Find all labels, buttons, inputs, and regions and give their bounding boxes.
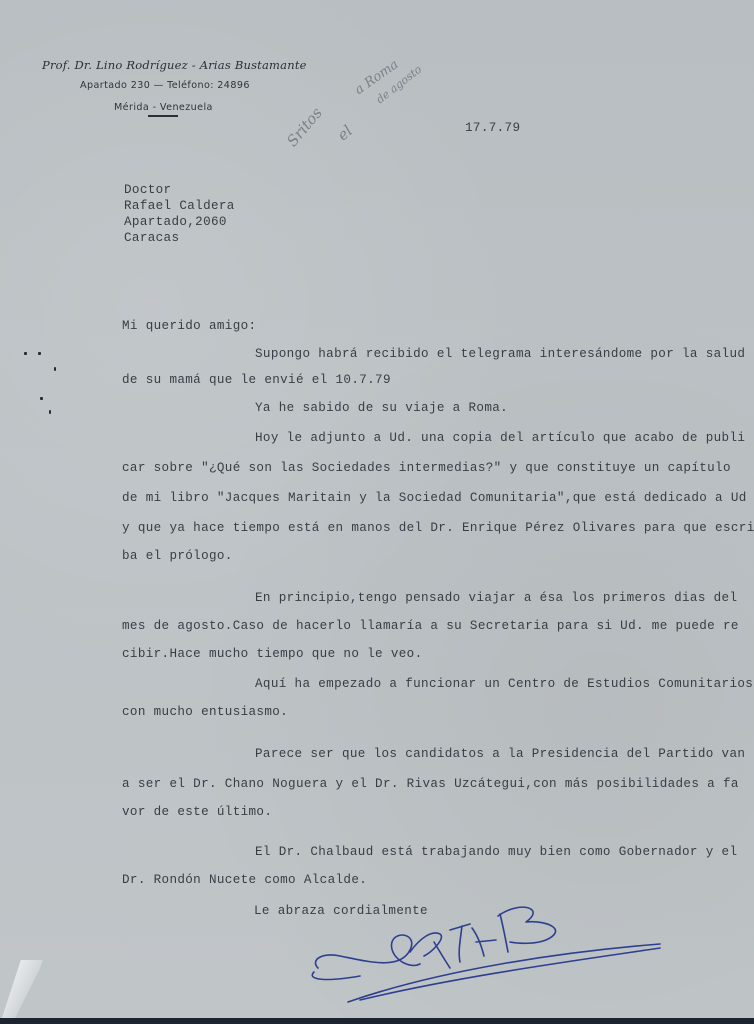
recipient-address: Apartado,2060 [124, 215, 227, 229]
handwritten-line: Sritos [283, 104, 326, 150]
body-line: En principio,tengo pensado viajar a ésa … [255, 591, 737, 605]
page-edge-fold [0, 960, 43, 1024]
body-line: de mi libro "Jacques Maritain y la Socie… [122, 491, 747, 505]
body-line: vor de este último. [122, 805, 272, 819]
page-bottom-edge [0, 1018, 754, 1024]
recipient-name: Rafael Caldera [124, 199, 235, 213]
letterhead-city: Mérida - Venezuela [114, 102, 213, 113]
body-line: y que ya hace tiempo está en manos del D… [122, 521, 754, 535]
letterhead-address: Apartado 230 — Teléfono: 24896 [80, 80, 250, 91]
recipient-city: Caracas [124, 231, 179, 245]
body-line: mes de agosto.Caso de hacerlo llamaría a… [122, 619, 739, 633]
letter-page: Prof. Dr. Lino Rodríguez - Arias Bustama… [0, 0, 754, 1024]
body-line: Ya he sabido de su viaje a Roma. [255, 401, 508, 415]
body-line: Aquí ha empezado a funcionar un Centro d… [255, 677, 753, 691]
body-line: con mucho entusiasmo. [122, 705, 288, 719]
letterhead-rule [148, 115, 178, 117]
body-line: Parece ser que los candidatos a la Presi… [255, 747, 745, 761]
salutation: Mi querido amigo: [122, 319, 256, 333]
body-line: de su mamá que le envié el 10.7.79 [122, 373, 391, 387]
body-line: Dr. Rondón Nucete como Alcalde. [122, 873, 367, 887]
letterhead-name: Prof. Dr. Lino Rodríguez - Arias Bustama… [42, 58, 307, 72]
handwritten-line: el [334, 122, 356, 145]
body-line: El Dr. Chalbaud está trabajando muy bien… [255, 845, 737, 859]
recipient-title: Doctor [124, 183, 171, 197]
body-line: Supongo habrá recibido el telegrama inte… [255, 347, 745, 361]
body-line: cibir.Hace mucho tiempo que no le veo. [122, 647, 422, 661]
signature [300, 890, 754, 1010]
body-line: a ser el Dr. Chano Noguera y el Dr. Riva… [122, 777, 739, 791]
body-line: Hoy le adjunto a Ud. una copia del artíc… [255, 431, 745, 445]
letter-date: 17.7.79 [465, 121, 520, 135]
body-line: ba el prólogo. [122, 549, 233, 563]
body-line: car sobre "¿Qué son las Sociedades inter… [122, 461, 731, 475]
